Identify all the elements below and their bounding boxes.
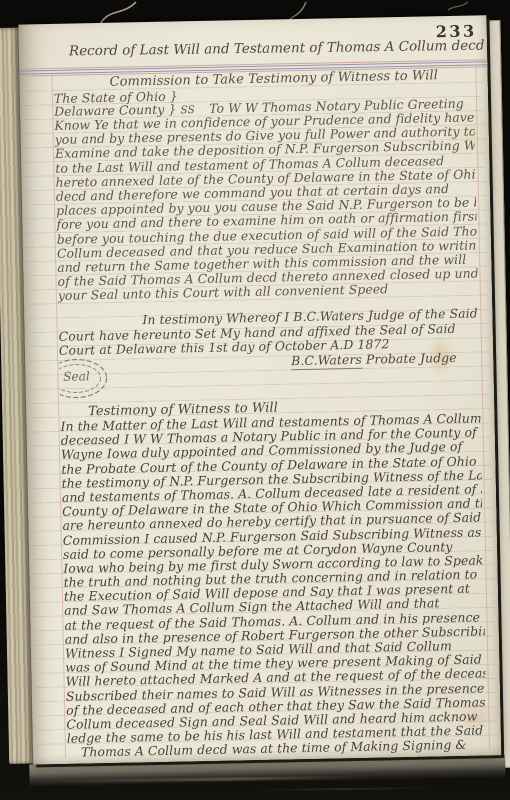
- seal-flourish: Seal: [53, 356, 110, 401]
- commission-paragraph: Know Ye that we in confidence of your Pr…: [54, 110, 478, 303]
- seal-label: Seal: [53, 369, 109, 384]
- photograph-of-record-book-page: 233 Record of Last Will and Testament of…: [0, 0, 510, 800]
- ss-abbreviation: SS: [180, 104, 195, 116]
- page-title: Record of Last Will and Testament of Tho…: [69, 38, 457, 59]
- county-text: Delaware County }: [54, 101, 176, 118]
- testimony-paragraph: In the Matter of the Last Will and testa…: [60, 411, 487, 759]
- judge-signature: B.C.Waters Probate Judge: [291, 349, 479, 368]
- ledger-page: 233 Record of Last Will and Testament of…: [18, 15, 501, 764]
- signature-name: B.C.Waters: [291, 352, 362, 370]
- handwritten-content: Commission to Take Testimony of Witness …: [53, 67, 487, 759]
- record-book: 233 Record of Last Will and Testament of…: [0, 15, 510, 785]
- light-streak: [250, 787, 440, 791]
- signature-title: Probate Judge: [362, 350, 457, 367]
